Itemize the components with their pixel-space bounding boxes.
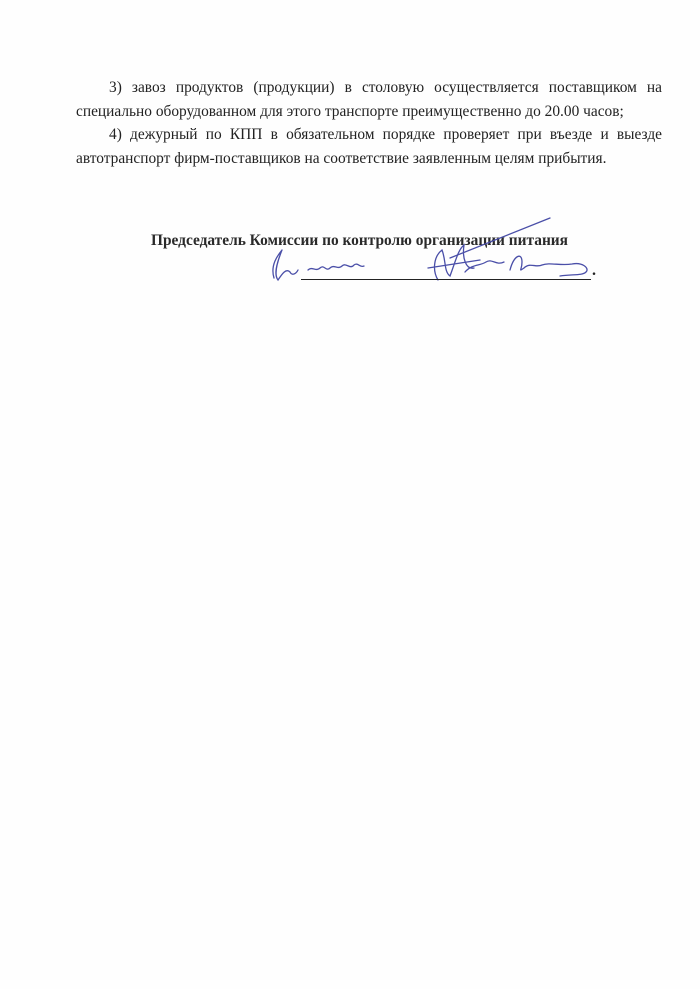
document-page: 3) завоз продуктов (продукции) в столову… bbox=[0, 0, 700, 989]
paragraph-item-4: 4) дежурный по КПП в обязательном порядк… bbox=[76, 123, 662, 170]
signature-line bbox=[301, 279, 591, 280]
document-body: 3) завоз продуктов (продукции) в столову… bbox=[76, 76, 662, 170]
paragraph-item-3: 3) завоз продуктов (продукции) в столову… bbox=[76, 76, 662, 123]
handwritten-signature-icon bbox=[260, 210, 600, 290]
signature-trailing-mark: . bbox=[592, 262, 596, 280]
